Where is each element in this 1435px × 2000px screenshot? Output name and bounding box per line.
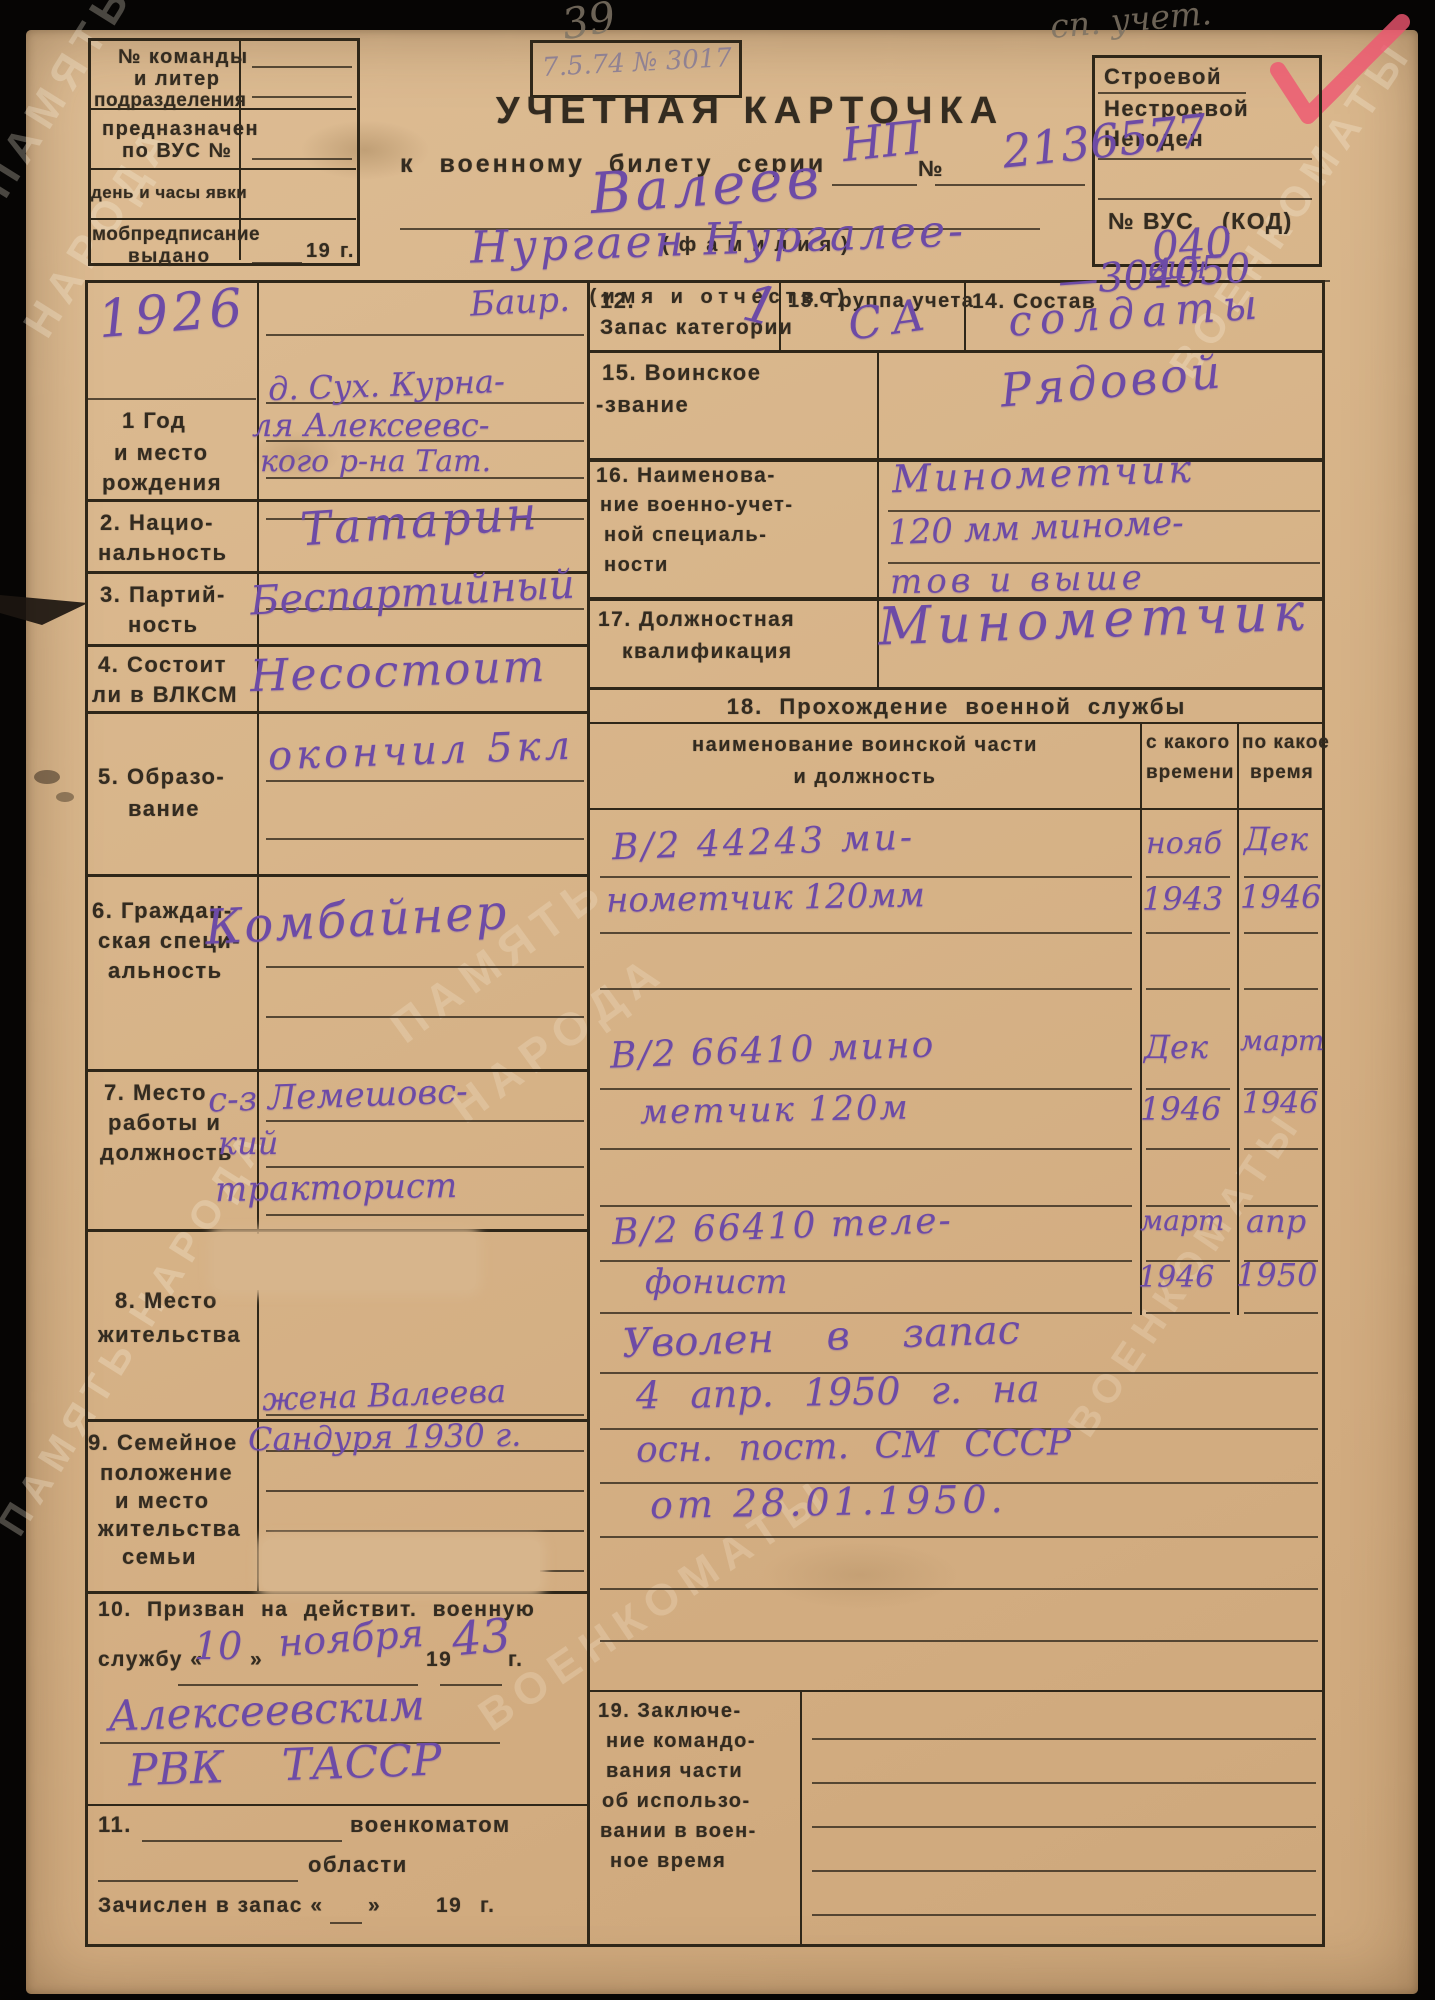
rule-line	[1146, 988, 1230, 990]
discharge-note: осн. пост. СМ СССР	[636, 1422, 1072, 1471]
field19-label: ное время	[610, 1850, 726, 1873]
field10-value: РВК ТАССР	[127, 1735, 442, 1797]
rule-line	[252, 66, 352, 68]
discharge-note: от 28.01.1950.	[650, 1477, 1007, 1527]
date-column-divider	[1237, 724, 1239, 1315]
service-row-from: Дек	[1144, 1028, 1208, 1066]
table-center-divider	[587, 280, 590, 1947]
rule-line	[832, 184, 917, 186]
service-col-from-header: времени	[1146, 762, 1234, 784]
row-border	[85, 1804, 588, 1806]
rule-line	[1146, 1088, 1230, 1090]
unit-box-label: и литер	[134, 68, 221, 91]
field11-word: области	[308, 1852, 408, 1878]
row-border	[588, 808, 1325, 810]
rule-line	[600, 876, 1132, 878]
field19-label: 19. Заключе-	[598, 1700, 742, 1723]
rule-line	[266, 334, 584, 336]
registration-card-scan: ПАМЯТЬ НАРОДА ВОЕНКОМАТЫ ПАМЯТЬ НАРОДА В…	[0, 0, 1435, 2000]
rule-line	[1146, 932, 1230, 934]
rule-line	[600, 1260, 1132, 1262]
field10-quote-close: »	[250, 1648, 263, 1672]
discharge-note: 4 апр. 1950 г. на	[636, 1366, 1040, 1417]
field8-label: 8. Место	[115, 1288, 218, 1314]
field9-label: и место	[115, 1488, 210, 1514]
rule-line	[252, 96, 352, 98]
field7-value: кий	[218, 1124, 278, 1162]
rule-line	[266, 1120, 584, 1122]
unit-box-year-suffix: г.	[340, 240, 355, 263]
row-border	[588, 722, 1325, 724]
rule-line	[1146, 1148, 1230, 1150]
service-col-unit-header: наименование воинской части	[600, 734, 1130, 757]
rule-line	[1244, 932, 1318, 934]
rule-line	[266, 838, 584, 840]
rule-line	[1244, 988, 1318, 990]
field17-label: квалификация	[622, 640, 793, 664]
service-row-from: 1946	[1140, 1090, 1221, 1128]
field7-label: работы и	[108, 1110, 221, 1136]
field3-label: ность	[128, 612, 198, 638]
field19-label: ние командо-	[606, 1730, 756, 1753]
rule-line	[600, 932, 1132, 934]
rule-line	[440, 1684, 502, 1686]
rule-line	[252, 158, 352, 160]
unit-box-row-line	[88, 168, 356, 170]
rule-line	[1098, 198, 1312, 200]
rule-line	[266, 780, 584, 782]
table-border-bottom	[85, 1944, 1325, 1947]
rule-line	[600, 988, 1132, 990]
service-row-to: Дек	[1244, 820, 1308, 858]
service-col-unit-header: и должность	[600, 766, 1130, 789]
service-col-to-header: время	[1250, 762, 1314, 784]
unit-box-year: 19	[306, 240, 331, 263]
vus-code-label: (КОД)	[1222, 208, 1293, 235]
field17-label: 17. Должностная	[598, 608, 795, 632]
service-row-from: 1946	[1138, 1260, 1214, 1295]
call-up-year-handwriting: 43	[450, 1608, 513, 1667]
field1-label: 1 Год	[122, 408, 186, 434]
rule-line	[812, 1826, 1316, 1828]
service-row-unit: метчик 120м	[640, 1088, 910, 1133]
field3-label: 3. Партий-	[100, 582, 226, 608]
call-up-day-handwriting: 10	[194, 1624, 242, 1668]
rule-line	[812, 1782, 1316, 1784]
unit-box-label: выдано	[128, 246, 211, 268]
cell-divider	[800, 1692, 802, 1944]
series-handwriting: НП	[839, 110, 924, 172]
field8-label: жительства	[98, 1322, 241, 1348]
field16-label: ности	[604, 554, 669, 577]
service-col-from-header: с какого	[1146, 732, 1230, 754]
service-row-to: 1946	[1242, 1086, 1318, 1121]
rule-line	[1146, 1260, 1230, 1262]
field9-value: Сандуря 1930 г.	[248, 1416, 522, 1459]
field1-value: кого р-на Тат.	[260, 444, 491, 479]
rule-line	[1244, 1312, 1318, 1314]
rule-line	[1244, 1148, 1318, 1150]
unit-box-label: мобпредписание	[92, 224, 260, 246]
field11-number: 11.	[98, 1812, 132, 1838]
service-section-title: 18. Прохождение военной службы	[588, 694, 1325, 720]
rule-line	[600, 1640, 1318, 1642]
service-row-from: нояб	[1146, 826, 1222, 861]
field19-label: вания части	[606, 1760, 743, 1783]
rule-line	[98, 1880, 298, 1882]
rule-line	[330, 1922, 362, 1924]
field5-label: вание	[128, 796, 200, 822]
rule-line	[88, 398, 256, 400]
number-sign: №	[918, 156, 944, 182]
row-border	[85, 1229, 588, 1232]
service-row-to: апр	[1246, 1202, 1306, 1240]
field9-label: семьи	[122, 1544, 197, 1570]
unit-box-label: подразделения	[94, 90, 247, 112]
rule-line	[600, 1536, 1318, 1538]
field11-enlisted: Зачислен в запас «	[98, 1894, 324, 1918]
field1-label: и место	[114, 440, 209, 466]
page-title: УЧЕТНАЯ КАРТОЧКА	[420, 90, 1080, 133]
field15-label: 15. Воинское	[602, 360, 761, 386]
rule-line	[600, 1088, 1132, 1090]
field7-label: должность	[100, 1140, 233, 1166]
service-row-unit: фонист	[645, 1262, 788, 1302]
service-row-from: март	[1140, 1204, 1224, 1237]
field16-label: ной специаль-	[604, 524, 767, 547]
rule-line	[812, 1738, 1316, 1740]
rule-line	[935, 184, 1085, 186]
field16-label: 16. Наименова-	[596, 464, 776, 488]
rule-line	[812, 1914, 1316, 1916]
field11-year-suffix: г.	[480, 1894, 495, 1918]
field7-label: 7. Место	[104, 1080, 207, 1106]
field1-value: Баир.	[469, 279, 571, 324]
field9-label: положение	[100, 1460, 233, 1486]
rule-line	[812, 1870, 1316, 1872]
rule-line	[1146, 876, 1230, 878]
field10-line2-prefix: службу «	[98, 1648, 203, 1672]
rule-line	[266, 966, 584, 968]
row-border	[85, 711, 588, 714]
fitness-option-stroevoy: Строевой	[1104, 64, 1222, 90]
field9-label: жительства	[98, 1516, 241, 1542]
field7-value: тракторист	[215, 1166, 458, 1210]
field1-value: ля Алексеевс-	[252, 406, 490, 444]
field6-label: альность	[108, 958, 223, 984]
unit-box-label: № команды	[118, 46, 249, 69]
field4-label: 4. Состоит	[98, 652, 227, 678]
field15-label: -звание	[596, 392, 689, 418]
field16-label: ние военно-учет-	[600, 494, 794, 517]
field9-label: 9. Семейное	[88, 1430, 238, 1456]
field12-label: 12.	[600, 288, 635, 314]
service-col-to-header: по какое	[1242, 732, 1330, 754]
rule-line	[600, 1588, 1318, 1590]
service-row-to: 1946	[1240, 878, 1321, 916]
unit-box-label: по ВУС №	[122, 140, 232, 163]
rule-line	[266, 1016, 584, 1018]
rule-line	[252, 262, 302, 264]
service-row-unit: нометчик 120мм	[606, 875, 926, 921]
rule-line	[1244, 1260, 1318, 1262]
row-border	[588, 1690, 1325, 1692]
rule-line	[266, 1214, 584, 1216]
strike-line	[1098, 92, 1246, 94]
rule-line	[1244, 1088, 1318, 1090]
field5-label: 5. Образо-	[98, 764, 225, 790]
rule-line	[266, 1530, 584, 1532]
field4-label: ли в ВЛКСМ	[92, 682, 238, 708]
field2-label: нальность	[98, 540, 228, 566]
unit-box-row-line	[88, 218, 356, 220]
field11-word: военкоматом	[350, 1812, 511, 1838]
rule-line	[266, 1490, 584, 1492]
table-border-right	[1322, 280, 1325, 1947]
redaction-blot	[214, 1234, 476, 1290]
rule-line	[600, 1148, 1132, 1150]
table-border-left	[85, 280, 88, 1947]
field11-year: 19	[436, 1894, 462, 1918]
service-row-to: март	[1240, 1024, 1324, 1057]
field19-label: об использо-	[602, 1790, 751, 1813]
row-border	[588, 687, 1325, 690]
field2-label: 2. Нацио-	[100, 510, 214, 536]
field11-quote-close: »	[368, 1894, 381, 1918]
field10-year-printed: 19	[426, 1648, 452, 1672]
row-border	[85, 1591, 588, 1594]
rule-line	[142, 1840, 342, 1842]
row-border	[85, 1069, 588, 1072]
field4-value: Несостоит	[249, 641, 547, 702]
unit-box-label: день и часы явки	[91, 183, 247, 203]
field10-year-suffix: г.	[508, 1648, 523, 1672]
service-row-from: 1943	[1142, 880, 1223, 918]
redaction-blot	[262, 1540, 540, 1590]
row-border	[85, 874, 588, 877]
field19-label: вании в воен-	[600, 1820, 757, 1843]
rule-line	[1146, 1312, 1230, 1314]
rule-line	[1244, 876, 1318, 878]
unit-box-label: предназначен	[102, 118, 259, 141]
field1-label: рождения	[102, 470, 222, 496]
